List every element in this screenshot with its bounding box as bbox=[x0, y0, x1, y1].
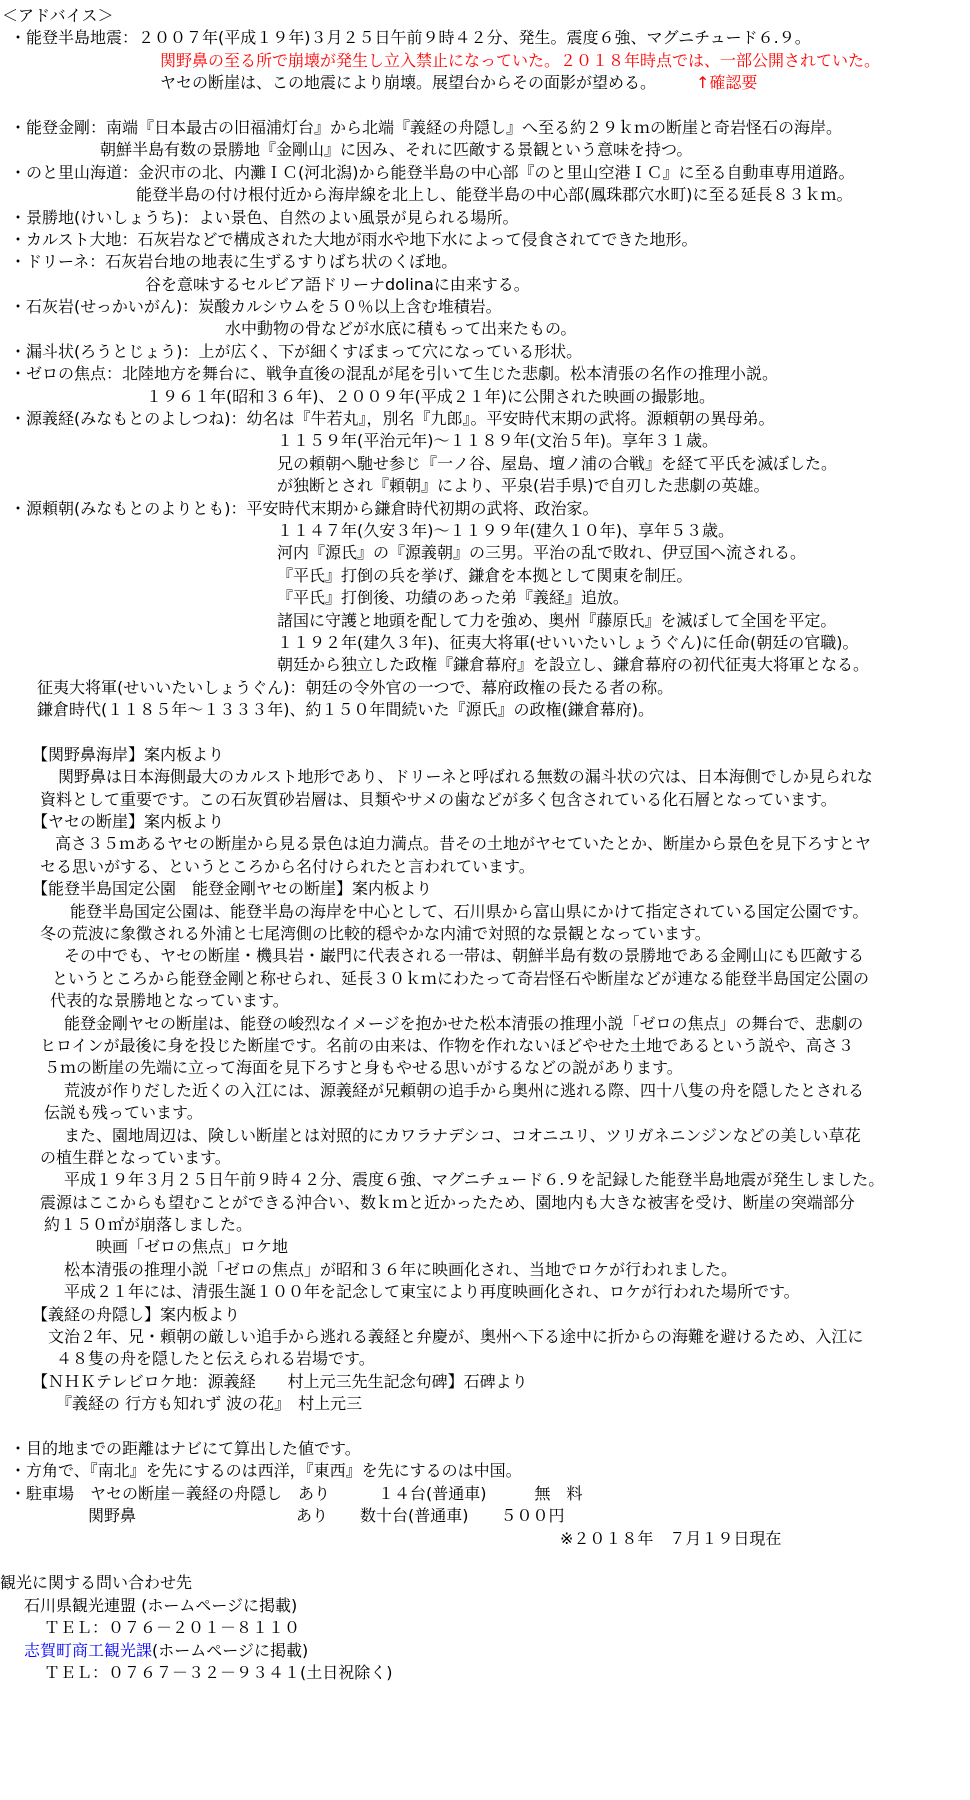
text-segment: ・方角で、『南北』を先にするのは西洋，『東西』を先にするのは中国。 bbox=[10, 1461, 522, 1480]
text-line: １９６１年(昭和３６年)、２００９年(平成２１年)に公開された映画の撮影地。 bbox=[0, 386, 970, 408]
text-segment: 朝鮮半島有数の景勝地『金剛山』に因み、それに匹敵する景観という意味を持つ。 bbox=[100, 140, 692, 159]
text-segment: 朝廷から独立した政権『鎌倉幕府』を設立し、鎌倉幕府の初代征夷大将軍となる。 bbox=[277, 655, 869, 674]
text-segment: ・能登半島地震：２００７年(平成１９年)３月２５日午前９時４２分、発生。震度６強… bbox=[10, 28, 811, 47]
text-segment: 映画「ゼロの焦点」ロケ地 bbox=[96, 1237, 288, 1256]
text-segment: 諸国に守護と地頭を配して力を強め、奥州『藤原氏』を滅ぼして全国を平定。 bbox=[277, 611, 836, 630]
text-segment: 【ヤセの断崖】案内板より bbox=[32, 812, 224, 831]
text-line: １１４７年(久安３年)～１１９９年(建久１０年)、享年５３歳。 bbox=[0, 520, 970, 542]
text-segment: 征夷大将軍(せいいたいしょうぐん)：朝廷の令外官の一つで、幕府政権の長たる者の称… bbox=[37, 678, 673, 697]
text-segment: ５ｍの断崖の先端に立って海面を見下ろすと身もやせる思いがするなどの説があります。 bbox=[44, 1058, 683, 1077]
text-segment: 関野鼻 あり 数十台(普通車) ５００円 bbox=[88, 1506, 565, 1525]
text-line: 谷を意味するセルビア語ドリーナdolinaに由来する。 bbox=[0, 274, 970, 296]
section-title: 【関野鼻海岸】案内板より bbox=[0, 744, 970, 766]
text-line: 代表的な景勝地となっています。 bbox=[0, 990, 970, 1012]
text-segment: ・ゼロの焦点：北陸地方を舞台に、戦争直後の混乱が尾を引いて生じた悲劇。松本清張の… bbox=[10, 364, 778, 383]
as-of-date: ※２０１８年 ７月１９日現在 bbox=[0, 1528, 970, 1550]
text-line: 映画「ゼロの焦点」ロケ地 bbox=[0, 1236, 970, 1258]
text-segment: ヒロインが最後に身を投じた断崖です。名前の由来は、作物を作れないほどやせた土地で… bbox=[40, 1036, 854, 1055]
text-segment: ＴＥＬ：０７６７－３２－９３４１(土日祝除く) bbox=[44, 1663, 393, 1682]
text-segment: 平成２１年には、清張生誕１００年を記念して東宝により再度映画化され、ロケが行われ… bbox=[64, 1282, 800, 1301]
text-segment: 冬の荒波に象徴される外浦と七尾湾側の比較的穏やかな内浦で対照的な景観となっていま… bbox=[40, 924, 711, 943]
text-line: 伝説も残っています。 bbox=[0, 1102, 970, 1124]
text-segment: 【義経の舟隠し】案内板より bbox=[32, 1305, 240, 1324]
text-segment: 『平氏』打倒後、功績のあった弟『義経』追放。 bbox=[277, 588, 629, 607]
text-segment: 『義経の 行方も知れず 波の花』 村上元三 bbox=[56, 1394, 362, 1413]
text-line: ・源頼朝(みなもとのよりとも)：平安時代末期から鎌倉時代初期の武将、政治家。 bbox=[0, 498, 970, 520]
text-segment: 石川県観光連盟 (ホームページに掲載) bbox=[24, 1596, 297, 1615]
text-line: 志賀町商工観光課(ホームページに掲載) bbox=[0, 1640, 970, 1662]
text-segment: 【能登半島国定公園 能登金剛ヤセの断崖】案内板より bbox=[32, 879, 432, 898]
text-line: というところから能登金剛と称せられ、延長３０ｋｍにわたって奇岩怪石や断崖などが連… bbox=[0, 968, 970, 990]
text-line: 約１５０㎡が崩落しました。 bbox=[0, 1214, 970, 1236]
text-segment: 関野鼻は日本海側最大のカルスト地形であり、ドリーネと呼ばれる無数の漏斗状の穴は、… bbox=[58, 767, 873, 786]
check-note: ↑確認要 bbox=[696, 73, 757, 92]
text-segment: 代表的な景勝地となっています。 bbox=[50, 991, 289, 1010]
text-segment: ヤセの断崖は、この地震により崩壊。展望台からその面影が望める。 bbox=[160, 73, 696, 92]
text-line: セる思いがする、というところから名付けられたと言われています。 bbox=[0, 856, 970, 878]
text-segment: 鎌倉時代(１１８５年～１３３３年)、約１５０年間続いた『源氏』の政権(鎌倉幕府)… bbox=[37, 700, 654, 719]
text-segment: が独断とされ『頼朝』により、平泉(岩手県)で自刃した悲劇の英雄。 bbox=[277, 476, 770, 495]
advice-header: ＜アドバイス＞ bbox=[0, 5, 970, 27]
text-segment: 観光に関する問い合わせ先 bbox=[0, 1573, 192, 1592]
text-line: 河内『源氏』の『源義朝』の三男。平治の乱で敗れ、伊豆国へ流される。 bbox=[0, 542, 970, 564]
text-line: 鎌倉時代(１１８５年～１３３３年)、約１５０年間続いた『源氏』の政権(鎌倉幕府)… bbox=[0, 699, 970, 721]
text-segment: 『平氏』打倒の兵を挙げ、鎌倉を本拠として関東を制圧。 bbox=[277, 566, 692, 585]
blank-line bbox=[0, 1550, 970, 1572]
text-segment: ・のと里山海道：金沢市の北、内灘ＩＣ(河北潟)から能登半島の中心部『のと里山空港… bbox=[10, 163, 855, 182]
text-line: 朝廷から独立した政権『鎌倉幕府』を設立し、鎌倉幕府の初代征夷大将軍となる。 bbox=[0, 654, 970, 676]
text-line: 水中動物の骨などが水底に積もって出来たもの。 bbox=[0, 318, 970, 340]
text-segment: ・能登金剛：南端『日本最古の旧福浦灯台』から北端『義経の舟隠し』へ至る約２９ｋｍ… bbox=[10, 118, 842, 137]
text-segment: 【関野鼻海岸】案内板より bbox=[32, 745, 224, 764]
text-line: 平成１９年３月２５日午前９時４２分、震度６強、マグニチュード６.９を記録した能登… bbox=[0, 1169, 970, 1191]
text-line: ・能登半島地震：２００７年(平成１９年)３月２５日午前９時４２分、発生。震度６強… bbox=[0, 27, 970, 49]
text-line: その中でも、ヤセの断崖・機具岩・巌門に代表される一帯は、朝鮮半島有数の景勝地であ… bbox=[0, 945, 970, 967]
blank-line bbox=[0, 95, 970, 117]
text-segment: 【ＮＨＫテレビロケ地：源義経 村上元三先生記念句碑】石碑より bbox=[32, 1372, 528, 1391]
text-line: 能登金剛ヤセの断崖は、能登の峻烈なイメージを抱かせた松本清張の推理小説「ゼロの焦… bbox=[0, 1013, 970, 1035]
text-segment: ・カルスト大地：石灰岩などで構成された大地が雨水や地下水によって侵食されてできた… bbox=[10, 230, 698, 249]
text-segment: ４８隻の舟を隠したと伝えられる岩場です。 bbox=[56, 1349, 375, 1368]
text-line: ５ｍの断崖の先端に立って海面を見下ろすと身もやせる思いがするなどの説があります。 bbox=[0, 1057, 970, 1079]
text-line: 松本清張の推理小説「ゼロの焦点」が昭和３６年に映画化され、当地でロケが行われまし… bbox=[0, 1259, 970, 1281]
text-line: 冬の荒波に象徴される外浦と七尾湾側の比較的穏やかな内浦で対照的な景観となっていま… bbox=[0, 923, 970, 945]
text-segment: その中でも、ヤセの断崖・機具岩・巌門に代表される一帯は、朝鮮半島有数の景勝地であ… bbox=[64, 946, 864, 965]
text-segment: 震源はここからも望むことができる沖合い、数ｋｍと近かったため、園地内も大きな被害… bbox=[40, 1193, 855, 1212]
text-line: ・石灰岩(せっかいがん)：炭酸カルシウムを５０％以上含む堆積岩。 bbox=[0, 296, 970, 318]
text-segment: 高さ３５ｍあるヤセの断崖から見る景色は迫力満点。昔その土地がヤセていたとか、断崖… bbox=[55, 834, 871, 853]
text-line: ４８隻の舟を隠したと伝えられる岩場です。 bbox=[0, 1348, 970, 1370]
text-segment: 資料として重要です。この石灰質砂岩層は、貝類やサメの歯などが多く包含されている化… bbox=[40, 790, 837, 809]
text-segment: 平成１９年３月２５日午前９時４２分、震度６強、マグニチュード６.９を記録した能登… bbox=[64, 1170, 884, 1189]
text-line: 関野鼻の至る所で崩壊が発生し立入禁止になっていた。２０１８年時点では、一部公開さ… bbox=[0, 50, 970, 72]
shika-town-office-link: 志賀町商工観光課 bbox=[24, 1641, 152, 1660]
text-line: ・ドリーネ：石灰岩台地の地表に生ずるすりばち状のくぼ地。 bbox=[0, 251, 970, 273]
text-line: 『平氏』打倒の兵を挙げ、鎌倉を本拠として関東を制圧。 bbox=[0, 565, 970, 587]
text-segment: 荒波が作りだした近くの入江には、源義経が兄頼朝の追手から奥州に逃れる際、四十八隻… bbox=[64, 1081, 864, 1100]
text-segment: １１５９年(平治元年)～１１８９年(文治５年)。享年３１歳。 bbox=[277, 431, 718, 450]
text-segment: ・駐車場 ヤセの断崖－義経の舟隠し あり １４台(普通車) 無 料 bbox=[10, 1484, 583, 1503]
text-segment: ※２０１８年 ７月１９日現在 bbox=[560, 1529, 781, 1548]
text-segment: ＴＥＬ：０７６－２０１－８１１０ bbox=[44, 1618, 300, 1637]
section-title: 【義経の舟隠し】案内板より bbox=[0, 1304, 970, 1326]
text-line: また、園地周辺は、険しい断崖とは対照的にカワラナデシコ、コオニユリ、ツリガネニン… bbox=[0, 1125, 970, 1147]
text-segment: 能登半島国定公園は、能登半島の海岸を中心として、石川県から富山県にかけて指定され… bbox=[70, 902, 868, 921]
text-line: ・目的地までの距離はナビにて算出した値です。 bbox=[0, 1438, 970, 1460]
text-line: ・漏斗状(ろうとじょう)：上が広く、下が細くすぼまって穴になっている形状。 bbox=[0, 341, 970, 363]
text-segment: 能登金剛ヤセの断崖は、能登の峻烈なイメージを抱かせた松本清張の推理小説「ゼロの焦… bbox=[64, 1014, 863, 1033]
text-line: 『平氏』打倒後、功績のあった弟『義経』追放。 bbox=[0, 587, 970, 609]
text-line: ・源義経(みなもとのよしつね)：幼名は『牛若丸』，別名『九郎』。平安時代末期の武… bbox=[0, 408, 970, 430]
text-line: 諸国に守護と地頭を配して力を強め、奥州『藤原氏』を滅ぼして全国を平定。 bbox=[0, 610, 970, 632]
text-line: 関野鼻は日本海側最大のカルスト地形であり、ドリーネと呼ばれる無数の漏斗状の穴は、… bbox=[0, 766, 970, 788]
parking-row: 関野鼻 あり 数十台(普通車) ５００円 bbox=[0, 1505, 970, 1527]
text-line: ・ゼロの焦点：北陸地方を舞台に、戦争直後の混乱が尾を引いて生じた悲劇。松本清張の… bbox=[0, 363, 970, 385]
text-segment: ・石灰岩(せっかいがん)：炭酸カルシウムを５０％以上含む堆積岩。 bbox=[10, 297, 502, 316]
text-line: ・景勝地(けいしょうち)：よい景色、自然のよい風景が見られる場所。 bbox=[0, 207, 970, 229]
text-segment: ・漏斗状(ろうとじょう)：上が広く、下が細くすぼまって穴になっている形状。 bbox=[10, 342, 582, 361]
text-line: 平成２１年には、清張生誕１００年を記念して東宝により再度映画化され、ロケが行われ… bbox=[0, 1281, 970, 1303]
text-line: 朝鮮半島有数の景勝地『金剛山』に因み、それに匹敵する景観という意味を持つ。 bbox=[0, 139, 970, 161]
text-line: ・能登金剛：南端『日本最古の旧福浦灯台』から北端『義経の舟隠し』へ至る約２９ｋｍ… bbox=[0, 117, 970, 139]
text-segment: 約１５０㎡が崩落しました。 bbox=[44, 1215, 252, 1234]
text-line: 資料として重要です。この石灰質砂岩層は、貝類やサメの歯などが多く包含されている化… bbox=[0, 789, 970, 811]
text-segment: 伝説も残っています。 bbox=[44, 1103, 203, 1122]
text-line: ヤセの断崖は、この地震により崩壊。展望台からその面影が望める。 ↑確認要 bbox=[0, 72, 970, 94]
text-line: 『義経の 行方も知れず 波の花』 村上元三 bbox=[0, 1393, 970, 1415]
text-segment: セる思いがする、というところから名付けられたと言われています。 bbox=[40, 857, 535, 876]
text-segment: 谷を意味するセルビア語ドリーナdolinaに由来する。 bbox=[145, 275, 530, 294]
text-segment: ・源義経(みなもとのよしつね)：幼名は『牛若丸』，別名『九郎』。平安時代末期の武… bbox=[10, 409, 775, 428]
text-segment: の植生群となっています。 bbox=[40, 1148, 231, 1167]
text-segment: また、園地周辺は、険しい断崖とは対照的にカワラナデシコ、コオニユリ、ツリガネニン… bbox=[64, 1126, 861, 1145]
text-line: １１９２年(建久３年)、征夷大将軍(せいいたいしょうぐん)に任命(朝廷の官職)。 bbox=[0, 632, 970, 654]
text-segment: １９６１年(昭和３６年)、２００９年(平成２１年)に公開された映画の撮影地。 bbox=[146, 387, 715, 406]
text-line: 石川県観光連盟 (ホームページに掲載) bbox=[0, 1595, 970, 1617]
text-line: ・カルスト大地：石灰岩などで構成された大地が雨水や地下水によって侵食されてできた… bbox=[0, 229, 970, 251]
text-segment: 河内『源氏』の『源義朝』の三男。平治の乱で敗れ、伊豆国へ流される。 bbox=[277, 543, 806, 562]
blank-line bbox=[0, 1416, 970, 1438]
text-segment: というところから能登金剛と称せられ、延長３０ｋｍにわたって奇岩怪石や断崖などが連… bbox=[52, 969, 869, 988]
document-body: ＜アドバイス＞・能登半島地震：２００７年(平成１９年)３月２５日午前９時４２分、… bbox=[0, 0, 970, 1684]
text-segment: １１４７年(久安３年)～１１９９年(建久１０年)、享年５３歳。 bbox=[277, 521, 734, 540]
text-line: 征夷大将軍(せいいたいしょうぐん)：朝廷の令外官の一つで、幕府政権の長たる者の称… bbox=[0, 677, 970, 699]
parking-row: ・駐車場 ヤセの断崖－義経の舟隠し あり １４台(普通車) 無 料 bbox=[0, 1483, 970, 1505]
text-line: 能登半島国定公園は、能登半島の海岸を中心として、石川県から富山県にかけて指定され… bbox=[0, 901, 970, 923]
text-line: 高さ３５ｍあるヤセの断崖から見る景色は迫力満点。昔その土地がヤセていたとか、断崖… bbox=[0, 833, 970, 855]
text-segment: 関野鼻の至る所で崩壊が発生し立入禁止になっていた。２０１８年時点では、一部公開さ… bbox=[160, 51, 880, 70]
text-line: 兄の頼朝へ馳せ参じ『一ノ谷、屋島、壇ノ浦の合戦』を経て平氏を滅ぼした。 bbox=[0, 453, 970, 475]
text-segment: ・景勝地(けいしょうち)：よい景色、自然のよい風景が見られる場所。 bbox=[10, 208, 519, 227]
section-title: 【ヤセの断崖】案内板より bbox=[0, 811, 970, 833]
text-segment: 文治２年、兄・頼朝の厳しい追手から逃れる義経と弁慶が、奥州へ下る途中に折からの海… bbox=[48, 1327, 863, 1346]
text-segment: 水中動物の骨などが水底に積もって出来たもの。 bbox=[225, 319, 576, 338]
blank-line bbox=[0, 722, 970, 744]
text-segment: (ホームページに掲載) bbox=[152, 1641, 308, 1660]
phone-number: ＴＥＬ：０７６－２０１－８１１０ bbox=[0, 1617, 970, 1639]
text-segment: 松本清張の推理小説「ゼロの焦点」が昭和３６年に映画化され、当地でロケが行われまし… bbox=[64, 1260, 737, 1279]
section-title: 【能登半島国定公園 能登金剛ヤセの断崖】案内板より bbox=[0, 878, 970, 900]
text-segment: 能登半島の付け根付近から海岸線を北上し、能登半島の中心部(鳳珠郡穴水町)に至る延… bbox=[136, 185, 853, 204]
text-segment: 兄の頼朝へ馳せ参じ『一ノ谷、屋島、壇ノ浦の合戦』を経て平氏を滅ぼした。 bbox=[277, 454, 837, 473]
text-segment: ・ドリーネ：石灰岩台地の地表に生ずるすりばち状のくぼ地。 bbox=[10, 252, 457, 271]
text-segment: ＜アドバイス＞ bbox=[2, 6, 114, 25]
text-line: ・のと里山海道：金沢市の北、内灘ＩＣ(河北潟)から能登半島の中心部『のと里山空港… bbox=[0, 162, 970, 184]
text-line: ヒロインが最後に身を投じた断崖です。名前の由来は、作物を作れないほどやせた土地で… bbox=[0, 1035, 970, 1057]
text-line: 震源はここからも望むことができる沖合い、数ｋｍと近かったため、園地内も大きな被害… bbox=[0, 1192, 970, 1214]
text-line: 荒波が作りだした近くの入江には、源義経が兄頼朝の追手から奥州に逃れる際、四十八隻… bbox=[0, 1080, 970, 1102]
text-line: ・方角で、『南北』を先にするのは西洋，『東西』を先にするのは中国。 bbox=[0, 1460, 970, 1482]
text-segment: ・目的地までの距離はナビにて算出した値です。 bbox=[10, 1439, 361, 1458]
text-line: の植生群となっています。 bbox=[0, 1147, 970, 1169]
phone-number: ＴＥＬ：０７６７－３２－９３４１(土日祝除く) bbox=[0, 1662, 970, 1684]
text-segment: ・源頼朝(みなもとのよりとも)：平安時代末期から鎌倉時代初期の武将、政治家。 bbox=[10, 499, 599, 518]
text-line: １１５９年(平治元年)～１１８９年(文治５年)。享年３１歳。 bbox=[0, 430, 970, 452]
text-line: が独断とされ『頼朝』により、平泉(岩手県)で自刃した悲劇の英雄。 bbox=[0, 475, 970, 497]
contact-header: 観光に関する問い合わせ先 bbox=[0, 1572, 970, 1594]
text-line: 能登半島の付け根付近から海岸線を北上し、能登半島の中心部(鳳珠郡穴水町)に至る延… bbox=[0, 184, 970, 206]
text-segment: １１９２年(建久３年)、征夷大将軍(せいいたいしょうぐん)に任命(朝廷の官職)。 bbox=[277, 633, 858, 652]
section-title: 【ＮＨＫテレビロケ地：源義経 村上元三先生記念句碑】石碑より bbox=[0, 1371, 970, 1393]
text-line: 文治２年、兄・頼朝の厳しい追手から逃れる義経と弁慶が、奥州へ下る途中に折からの海… bbox=[0, 1326, 970, 1348]
